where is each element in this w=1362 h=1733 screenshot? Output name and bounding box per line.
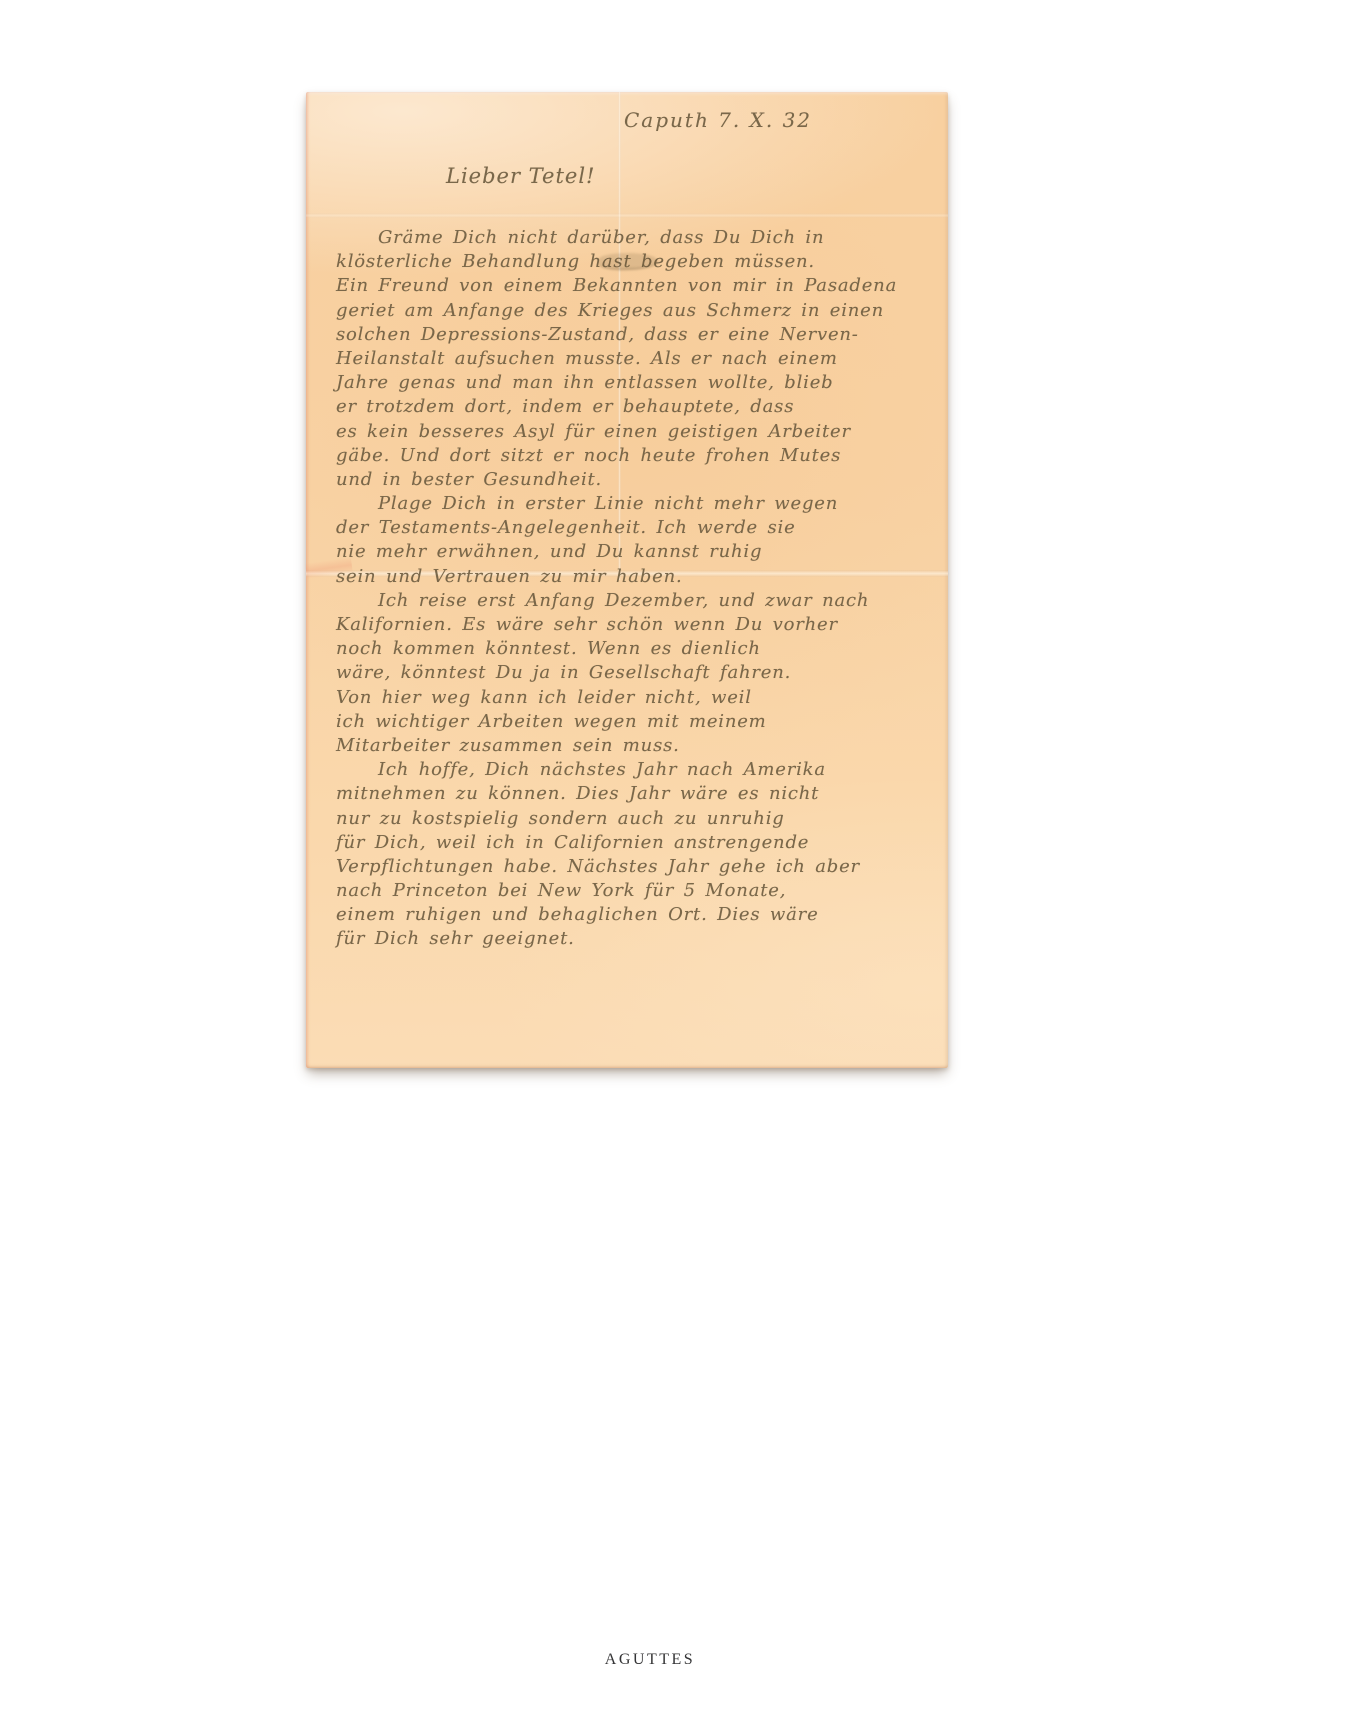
letter-photo: Caputh 7. X. 32 Lieber Tetel! Gräme Dich… [306, 92, 948, 1068]
letter-line: nur zu kostspielig sondern auch zu unruh… [336, 807, 921, 831]
letter-line: für Dich sehr geeignet. [336, 927, 921, 951]
letter-line: Ich reise erst Anfang Dezember, und zwar… [336, 589, 921, 613]
letter-line: geriet am Anfange des Krieges aus Schmer… [336, 299, 921, 323]
letter-line: solchen Depressions-Zustand, dass er ein… [336, 323, 921, 347]
letter-line: noch kommen könntest. Wenn es dienlich [336, 637, 921, 661]
letter-line: Ein Freund von einem Bekannten von mir i… [336, 274, 921, 298]
letter-line: Von hier weg kann ich leider nicht, weil [336, 686, 921, 710]
letter-salutation: Lieber Tetel! [446, 164, 596, 188]
letter-dateline: Caputh 7. X. 32 [624, 108, 812, 132]
letter-line: Kalifornien. Es wäre sehr schön wenn Du … [336, 613, 921, 637]
letter-line: der Testaments-Angelegenheit. Ich werde … [336, 516, 921, 540]
letter-line: Mitarbeiter zusammen sein muss. [336, 734, 921, 758]
letter-line: und in bester Gesundheit. [336, 468, 921, 492]
letter-line: Heilanstalt aufsuchen musste. Als er nac… [336, 347, 921, 371]
footer-brand: AGUTTES [605, 1651, 695, 1669]
letter-line: er trotzdem dort, indem er behauptete, d… [336, 395, 921, 419]
letter-line: einem ruhigen und behaglichen Ort. Dies … [336, 903, 921, 927]
fold-crease-horizontal-top [306, 213, 948, 218]
letter-line: Verpflichtungen habe. Nächstes Jahr gehe… [336, 855, 921, 879]
letter-line: mitnehmen zu können. Dies Jahr wäre es n… [336, 782, 921, 806]
letter-line: gäbe. Und dort sitzt er noch heute frohe… [336, 444, 921, 468]
letter-line: sein und Vertrauen zu mir haben. [336, 565, 921, 589]
letter-body: Gräme Dich nicht darüber, dass Du Dich i… [336, 226, 921, 952]
letter-line: Ich hoffe, Dich nächstes Jahr nach Ameri… [336, 758, 921, 782]
letter-line: nach Princeton bei New York für 5 Monate… [336, 879, 921, 903]
letter-line: Gräme Dich nicht darüber, dass Du Dich i… [336, 226, 921, 250]
letter-line: wäre, könntest Du ja in Gesellschaft fah… [336, 661, 921, 685]
letter-line: Jahre genas und man ihn entlassen wollte… [336, 371, 921, 395]
letter-line: Plage Dich in erster Linie nicht mehr we… [336, 492, 921, 516]
letter-line: ich wichtiger Arbeiten wegen mit meinem [336, 710, 921, 734]
letter-line: es kein besseres Asyl für einen geistige… [336, 420, 921, 444]
letter-line: nie mehr erwähnen, und Du kannst ruhig [336, 540, 921, 564]
letter-line: für Dich, weil ich in Californien anstre… [336, 831, 921, 855]
